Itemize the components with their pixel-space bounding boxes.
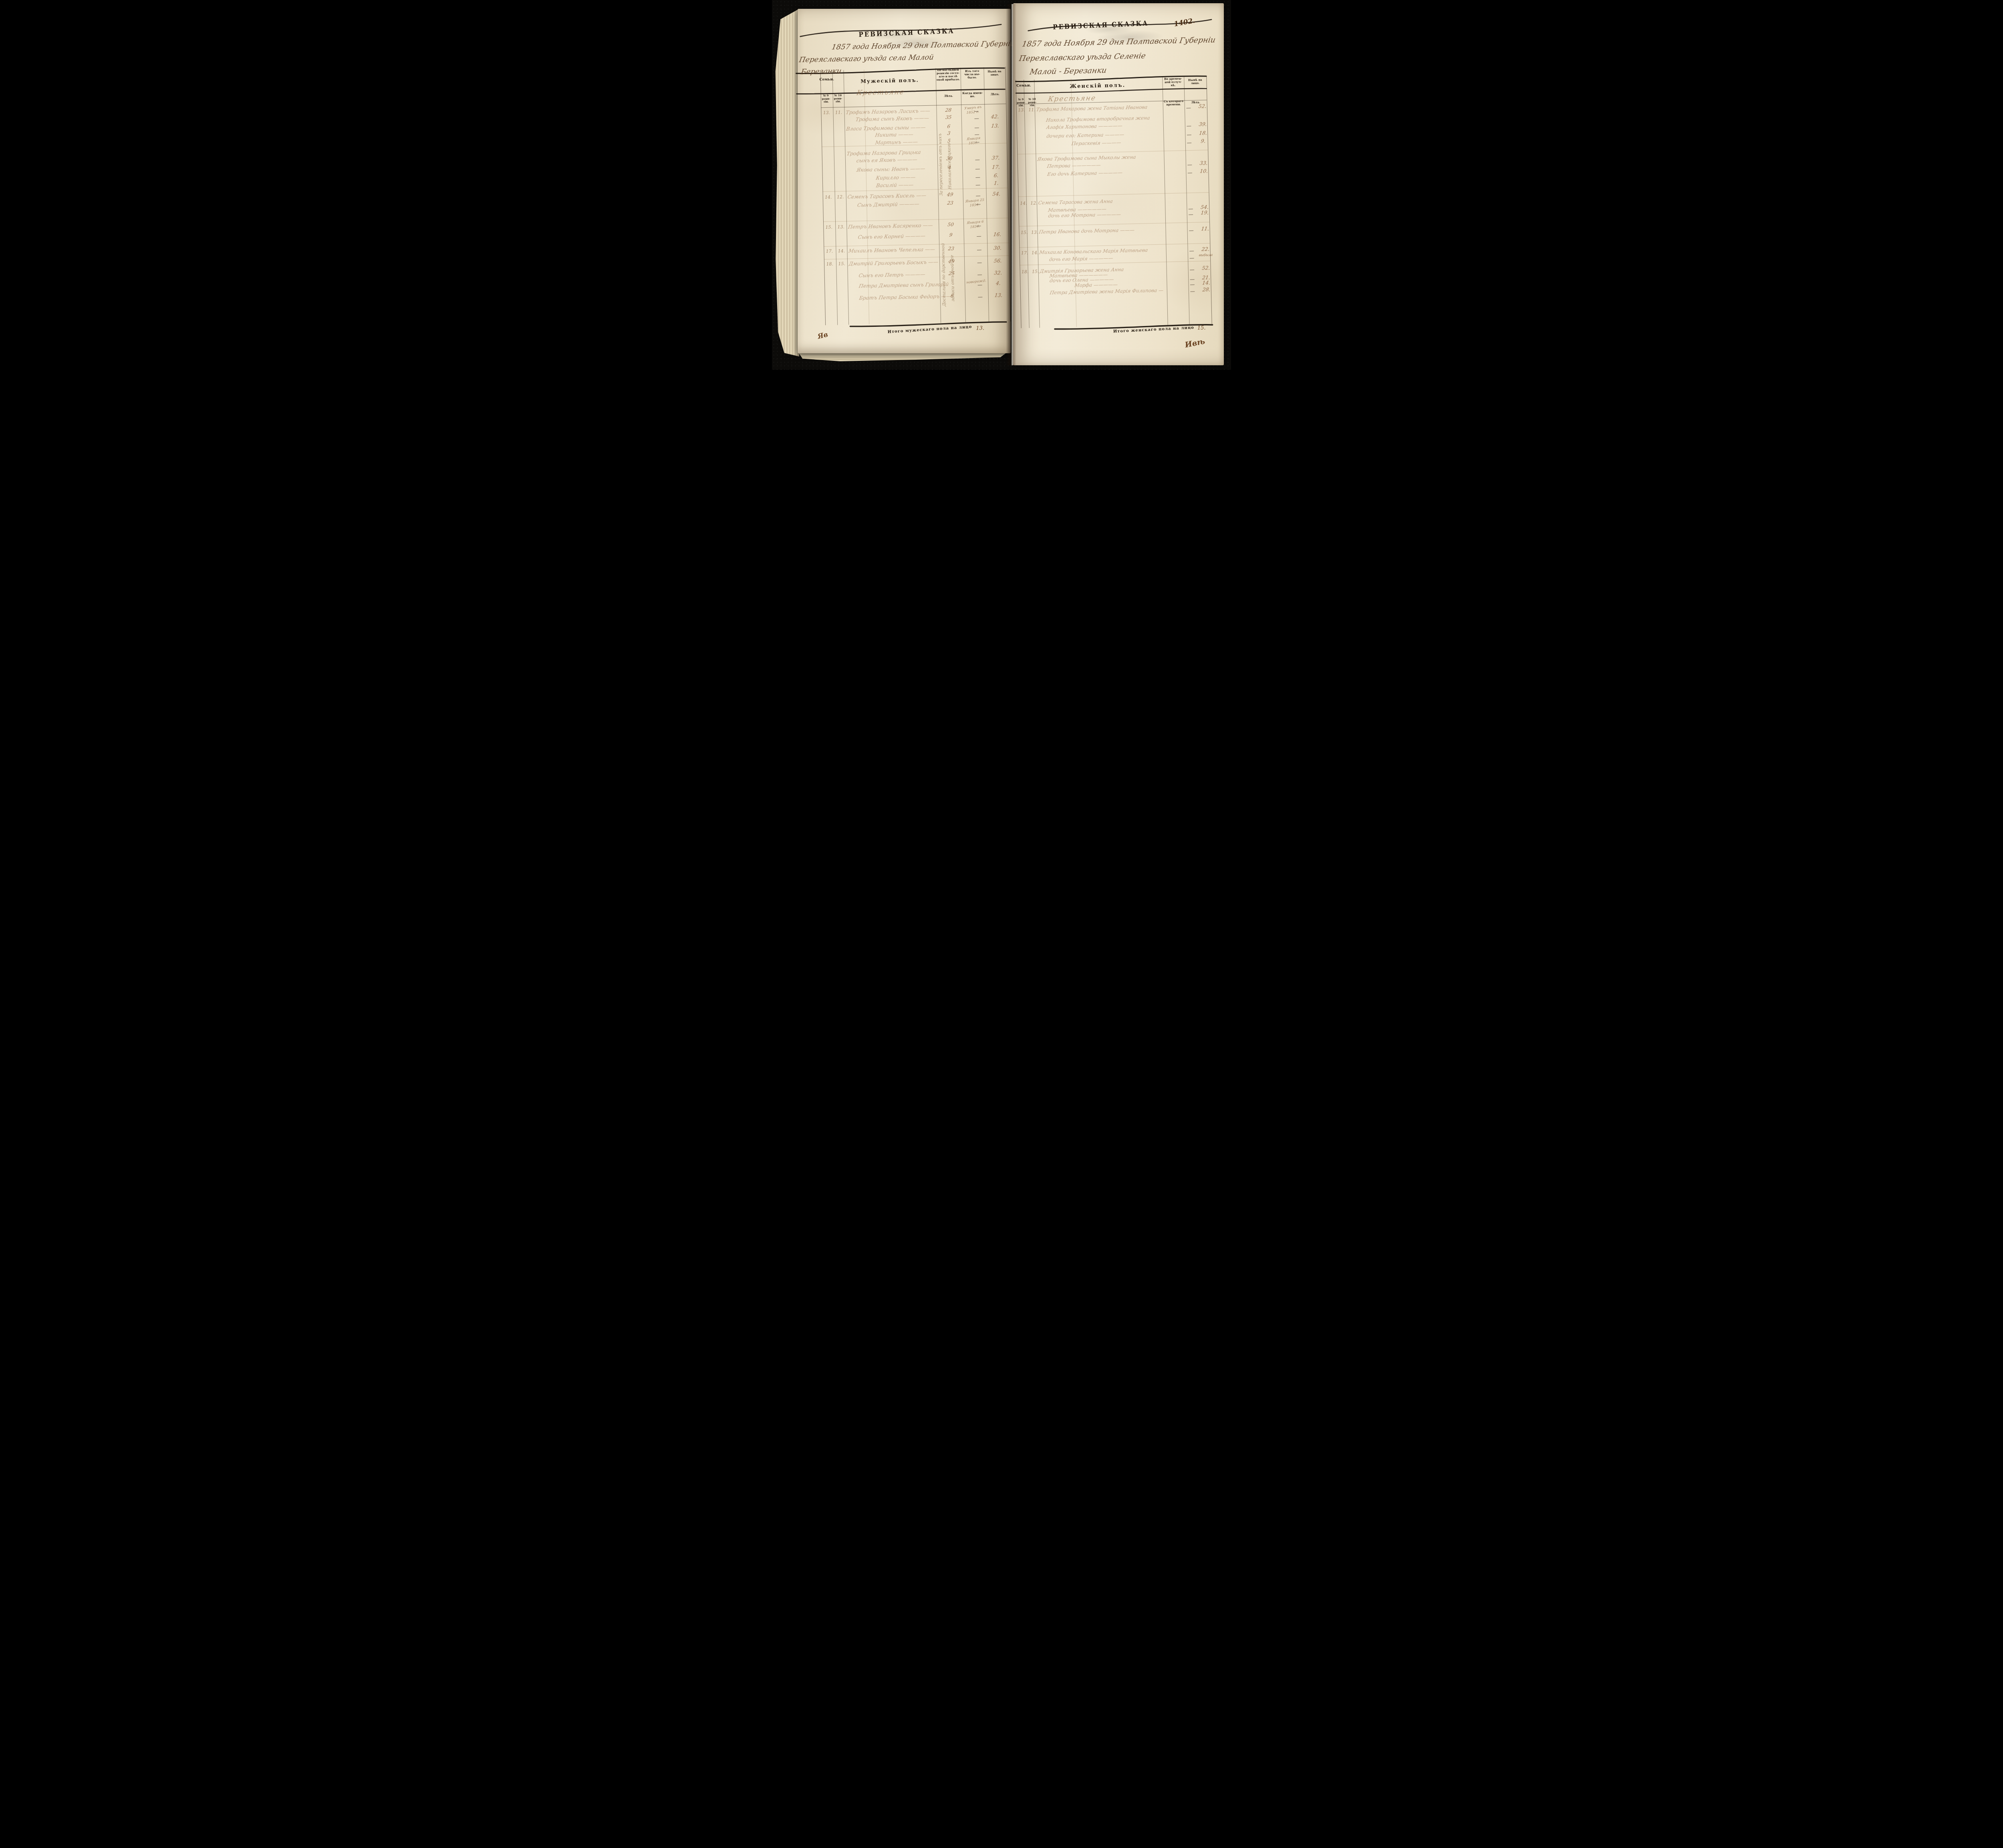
handwritten-class-label: Крестьяне (856, 88, 905, 97)
col-header-last-revision: По послѣдней ревизіи состо- яло и послѣ … (935, 68, 961, 82)
ditto-dash-mark: — (976, 193, 981, 198)
subcol-when-exactly: Когда имен- но. (961, 91, 984, 99)
handwritten-header-line-1: 1857 года Ноября 29 дня Полтавской Губер… (1021, 36, 1216, 49)
ditto-dash-mark: — (1189, 212, 1193, 217)
ditto-dash-mark: — (975, 175, 980, 179)
person-name: Кирилло ——— (876, 174, 916, 181)
age-now-present: 19. (1196, 209, 1214, 216)
subcol-years-b: Лѣта. (985, 93, 1006, 96)
person-name: Дмитрій Григорьевъ Босыкъ —— (848, 259, 939, 267)
col-header-departed: Изъ того числа вы- было. (961, 70, 983, 80)
margin-note-vertical: Николая Вселоцкаго (947, 143, 952, 189)
age-now-present: 10. (1195, 168, 1213, 174)
family-no-10th-revision: 12. (835, 194, 846, 200)
left-page: РЕВИЗСКАЯ СКАЗКА 1857 года Ноября 29 дня… (798, 9, 1011, 353)
family-group-separator (1018, 192, 1209, 197)
age-now-present: 42. (985, 113, 1005, 120)
table-column-line (1184, 76, 1190, 324)
age-now-present: 33. (1195, 160, 1213, 166)
family-group-separator (1019, 243, 1210, 248)
family-no-9th-revision: 15. (1019, 230, 1029, 236)
ditto-dash-mark: — (1187, 170, 1192, 175)
age-at-last-revision: 9 (939, 232, 963, 238)
subcol-rev10: № 10 реви- зіи. (832, 94, 844, 104)
ditto-dash-mark: — (1190, 282, 1195, 287)
family-no-9th-revision: 13. (821, 110, 832, 116)
archival-photo-stage: РЕВИЗСКАЯ СКАЗКА 1857 года Ноября 29 дня… (772, 0, 1231, 370)
ditto-dash-mark: — (975, 139, 979, 144)
ditto-dash-mark: — (977, 234, 981, 238)
handwritten-header-line-2: Переяславскаго уѣзда Селеніе (1018, 51, 1147, 63)
age-now-present: 16. (987, 231, 1008, 238)
age-now-present: 56. (988, 258, 1008, 264)
family-group-separator (1017, 150, 1208, 154)
col-header-away: Во времен- ной отлуч- кѣ. (1163, 77, 1184, 87)
subcol-rev9: № 9 реви- зіи. (820, 95, 832, 104)
person-name: Пераскевія ———— (1071, 140, 1122, 147)
ditto-dash-mark: — (974, 125, 979, 130)
family-no-10th-revision: 14. (836, 248, 847, 254)
family-no-9th-revision: 18. (824, 261, 835, 267)
age-now-present: 37. (986, 155, 1006, 161)
person-name: Мартинъ ——— (875, 139, 919, 145)
person-name: дочь его Мотрона ————— (1048, 211, 1122, 219)
age-now-present: 22. (1197, 246, 1215, 252)
handwritten-header-line-1: 1857 года Ноября 29 дня Полтавской Губер… (831, 39, 1016, 51)
family-group-separator (1020, 261, 1210, 265)
departure-note: новорожд. (965, 279, 988, 285)
family-no-9th-revision: 17. (824, 248, 835, 254)
person-name: дочь его Марія ————— (1049, 255, 1114, 262)
ditto-dash-mark: — (1190, 289, 1195, 294)
family-no-10th-revision: 15. (836, 261, 847, 267)
age-now-present: 39. (1194, 121, 1212, 127)
ditto-dash-mark: — (1186, 105, 1191, 110)
person-name: Трофима Макарова жена Татіана Иванова (1036, 104, 1148, 112)
age-now-present: 30. (987, 245, 1008, 251)
person-name: Сынъ его Корней ———— (858, 233, 926, 240)
person-name: Петра Иванова дочь Мотрона ——— (1038, 227, 1135, 235)
margin-note-vertical: Досталися по дарственной (941, 243, 947, 306)
family-no-10th-revision: 11. (833, 110, 844, 115)
age-now-present: 9. (1195, 138, 1212, 144)
person-name: Якова Трофимова сына Мыколы жена (1037, 154, 1137, 162)
age-now-present: 11. (1196, 225, 1214, 232)
subcol-rev9: № 9 реви- зіи. (1015, 98, 1026, 108)
handwritten-class-label: Крестьяне (1048, 94, 1097, 103)
corner-ink-mark-right: Ивѣ (1184, 337, 1206, 349)
age-at-last-revision: 28 (937, 107, 960, 113)
family-no-10th-revision: 13. (835, 224, 846, 230)
person-name: сынъ ея Яковъ ———— (856, 156, 918, 163)
ditto-dash-mark: — (1187, 123, 1191, 128)
family-no-9th-revision: 13. (1016, 107, 1027, 113)
margin-note-vertical: записи отъ оной же (950, 255, 955, 302)
ditto-dash-mark: — (1190, 267, 1195, 272)
person-name: Братъ Петра Босыка Федоръ —— (859, 293, 952, 301)
ditto-dash-mark: — (976, 223, 981, 228)
subcol-rev10: № 10 реви- зіи. (1026, 98, 1038, 107)
handwritten-header-line-2: Переяславскаго уѣзда села Малой (798, 53, 935, 64)
person-name: дочери его: Катерина ———— (1046, 132, 1124, 139)
person-name: Петръ Ивановъ Касяренко —— (848, 222, 933, 230)
departure-note: Января 6 1854. (964, 219, 987, 230)
age-now-present: 1. (986, 180, 1006, 186)
handwritten-header-line-3: Березанки (800, 67, 842, 76)
person-name: Трофимъ Назаровъ Лисикъ —— (845, 108, 931, 115)
age-now-present: выбыла (1197, 253, 1214, 258)
person-name: Никита ——— (875, 131, 914, 138)
person-name: Петра Дмитріева жена Марія Филипова — (1050, 288, 1164, 296)
person-name: Петра Дмитріева сынъ Григорій (858, 281, 949, 289)
total-males-value: 13. (976, 325, 984, 331)
age-now-present: 17. (986, 164, 1006, 170)
age-now-present: 52. (1194, 103, 1211, 109)
age-now-present: 28. (1198, 286, 1215, 293)
ditto-dash-mark: — (975, 157, 980, 162)
person-name: Семенъ Тарасовъ Кисель —— (847, 192, 927, 200)
age-at-last-revision: 6 (937, 123, 960, 129)
person-name: Агафія Харитонова ————— (1046, 123, 1123, 130)
person-name: Трофима сынъ Яковъ ——— (855, 115, 930, 123)
col-header-present: Нынѣ на лицо. (1184, 78, 1206, 85)
family-no-9th-revision: 17. (1020, 250, 1030, 256)
ditto-dash-mark: — (1187, 140, 1192, 145)
ditto-dash-mark: — (976, 201, 981, 206)
person-name: Морфа ————— (1074, 282, 1118, 288)
ditto-dash-mark: — (974, 109, 979, 113)
ditto-dash-mark: — (977, 260, 982, 265)
ditto-dash-mark: — (975, 166, 980, 171)
age-now-present: 13. (985, 123, 1005, 129)
ditto-dash-mark: — (1190, 277, 1195, 282)
person-name: Никола Трофимова второбрачная жена (1046, 115, 1150, 123)
departure-note: Января 25 1854. (963, 198, 986, 208)
person-name: Трофима Назарова Грицька (846, 149, 921, 157)
ditto-dash-mark: — (1187, 162, 1192, 167)
corner-ink-mark-left: Яв (817, 330, 829, 340)
ditto-dash-mark: — (975, 182, 980, 187)
age-now-present: 14. (1197, 280, 1215, 286)
age-now-present: 52. (1197, 265, 1215, 271)
family-group-separator (1019, 222, 1209, 226)
ditto-dash-mark: — (977, 272, 982, 277)
ditto-dash-mark: — (1189, 256, 1194, 260)
age-now-present: 54. (987, 191, 1007, 197)
family-no-9th-revision: 18. (1020, 269, 1030, 275)
person-name: Сынъ его Петръ ———— (858, 271, 926, 278)
ditto-dash-mark: — (977, 282, 982, 287)
family-group-separator (822, 188, 1008, 192)
person-name: Власа Трофимова сыны ——— (846, 124, 926, 132)
right-page: 1402. РЕВИЗСКАЯ СКАЗКА 1857 года Ноября … (1013, 3, 1224, 365)
person-name: Михаила Коновальскаго Марія Матвѣева (1039, 247, 1149, 255)
age-at-last-revision: 35 (937, 114, 960, 120)
person-name: Петрова —————— (1047, 162, 1101, 169)
person-name: Сынъ Дмитрій ———— (857, 201, 920, 208)
person-name: Михаилъ Ивановъ Чепелька —— (848, 246, 935, 254)
subcol-years-a: Лѣта. (936, 94, 961, 98)
total-females-value: 15. (1197, 325, 1206, 331)
age-now-present: 32. (988, 270, 1008, 276)
age-now-present: 13. (989, 292, 1009, 298)
person-name: Якова сыны: Иванъ ——— (856, 165, 926, 173)
age-at-last-revision: 23 (939, 200, 962, 206)
family-no-9th-revision: 14. (1018, 201, 1029, 206)
ditto-dash-mark: — (974, 116, 979, 121)
departure-note: Умеръ въ 1852 г. (961, 105, 984, 115)
age-now-present: 4. (988, 280, 1008, 286)
age-at-last-revision: 50 (939, 221, 962, 227)
ditto-dash-mark: — (1188, 206, 1193, 211)
ditto-dash-mark: — (1189, 248, 1194, 253)
family-no-9th-revision: 14. (823, 195, 834, 200)
col-header-male-sex: Мужескій полъ. (847, 77, 933, 85)
person-name: Семена Тарасова жена Анна (1038, 198, 1113, 205)
col-header-present: Нынѣ на лицо. (984, 70, 1005, 77)
handwritten-header-line-3: Малой - Березанки (1029, 66, 1107, 76)
ditto-dash-mark: — (978, 294, 983, 299)
age-now-present: 6. (986, 172, 1006, 179)
person-name: Василій ——— (876, 182, 914, 189)
ditto-dash-mark: — (977, 247, 981, 252)
age-now-present: 18. (1194, 130, 1212, 136)
person-name: Его дочь Катерина ————— (1047, 170, 1123, 177)
ditto-dash-mark: — (1189, 228, 1193, 233)
family-no-9th-revision: 15. (823, 225, 834, 230)
departure-note: Января 1851. (962, 136, 985, 146)
ditto-dash-mark: — (1187, 132, 1191, 137)
